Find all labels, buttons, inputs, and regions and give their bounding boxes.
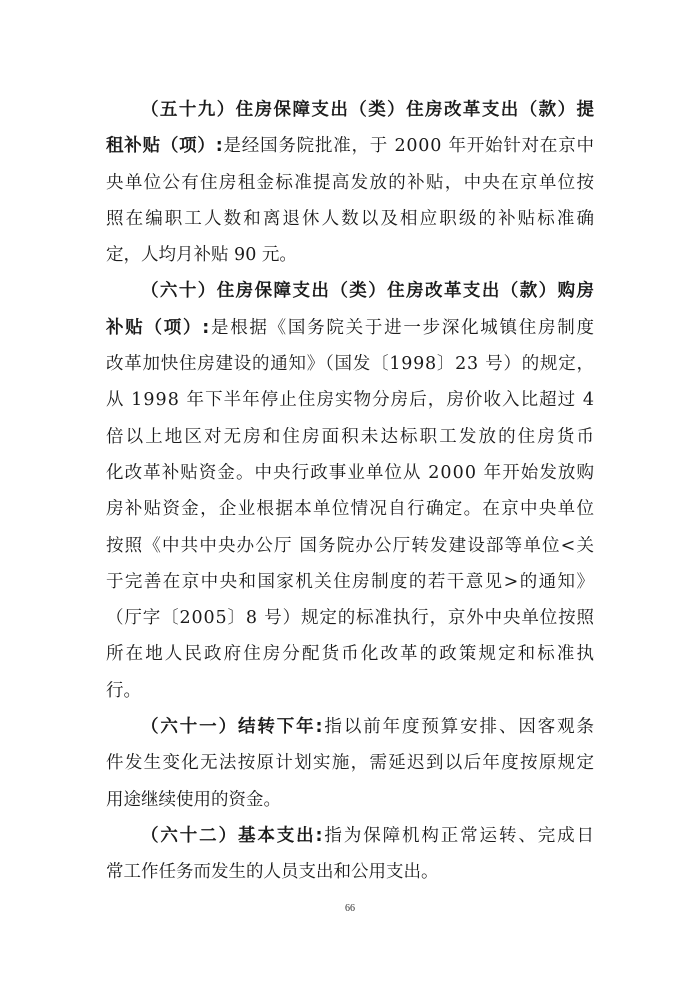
paragraph-text: 指为保障机构正常运转、完成日 (324, 818, 595, 854)
paragraph-text: 所在地人民政府住房分配货币化改革的政策规定和标准执 (106, 636, 596, 672)
paragraph-text: 指以前年度预算安排、因客观条 (324, 709, 595, 745)
paragraph-text: 常工作任务而发生的人员支出和公用支出。 (106, 854, 439, 890)
document-page: （五十九）住房保障支出（类）住房改革支出（款）提 租补贴（项）: 是经国务院批准… (0, 0, 700, 989)
paragraph-text: 是经国务院批准，于 2000 年开始针对在京中 (224, 128, 595, 164)
paragraph-heading: （五十九）住房保障支出（类）住房改革支出（款）提 (141, 92, 595, 128)
paragraph-heading: （六十二）基本支出: (141, 818, 324, 854)
paragraph-text: 改革加快住房建设的通知》（国发〔1998〕23 号）的规定， (106, 346, 595, 382)
document-body: （五十九）住房保障支出（类）住房改革支出（款）提 租补贴（项）: 是经国务院批准… (106, 92, 594, 891)
text-line: 行。 (106, 673, 594, 709)
paragraph-item-62: （六十二）基本支出: 指为保障机构正常运转、完成日 常工作任务而发生的人员支出和… (106, 818, 594, 891)
paragraph-heading: （六十）住房保障支出（类）住房改革支出（款）购房 (141, 273, 595, 309)
paragraph-text: 从 1998 年下半年停止住房实物分房后，房价收入比超过 4 (106, 382, 595, 418)
text-line: 租补贴（项）: 是经国务院批准，于 2000 年开始针对在京中 (106, 128, 594, 164)
paragraph-text: 用途继续使用的资金。 (106, 782, 281, 818)
paragraph-text: 行。 (106, 673, 141, 709)
text-line: （厅字〔2005〕8 号）规定的标准执行，京外中央单位按照 (106, 600, 594, 636)
paragraph-text: 于完善在京中央和国家机关住房制度的若干意见>的通知》 (106, 564, 595, 600)
paragraph-text: 央单位公有住房租金标准提高发放的补贴，中央在京单位按 (106, 165, 595, 201)
page-number: 66 (0, 903, 700, 914)
text-line: 定，人均月补贴 90 元。 (106, 237, 594, 273)
text-line: （六十一）结转下年: 指以前年度预算安排、因客观条 (106, 709, 594, 745)
paragraph-item-59: （五十九）住房保障支出（类）住房改革支出（款）提 租补贴（项）: 是经国务院批准… (106, 92, 594, 273)
paragraph-item-61: （六十一）结转下年: 指以前年度预算安排、因客观条 件发生变化无法按原计划实施，… (106, 709, 594, 818)
text-line: 照在编职工人数和离退休人数以及相应职级的补贴标准确 (106, 201, 594, 237)
text-line: 件发生变化无法按原计划实施，需延迟到以后年度按原规定 (106, 745, 594, 781)
text-line: 房补贴资金，企业根据本单位情况自行确定。在京中央单位 (106, 491, 594, 527)
paragraph-text: 化改革补贴资金。中央行政事业单位从 2000 年开始发放购 (106, 455, 595, 491)
text-line: 央单位公有住房租金标准提高发放的补贴，中央在京单位按 (106, 165, 594, 201)
paragraph-text: 件发生变化无法按原计划实施，需延迟到以后年度按原规定 (106, 745, 595, 781)
text-line: （五十九）住房保障支出（类）住房改革支出（款）提 (106, 92, 594, 128)
text-line: 常工作任务而发生的人员支出和公用支出。 (106, 854, 594, 890)
text-line: 化改革补贴资金。中央行政事业单位从 2000 年开始发放购 (106, 455, 594, 491)
paragraph-text: 倍以上地区对无房和住房面积未达标职工发放的住房货币 (106, 419, 596, 455)
paragraph-text: 房补贴资金，企业根据本单位情况自行确定。在京中央单位 (106, 491, 595, 527)
text-line: 补贴（项）: 是根据《国务院关于进一步深化城镇住房制度 (106, 310, 594, 346)
paragraph-heading: （六十一）结转下年: (141, 709, 324, 745)
paragraph-heading: 补贴（项）: (106, 310, 211, 346)
text-line: 所在地人民政府住房分配货币化改革的政策规定和标准执 (106, 636, 594, 672)
paragraph-item-60: （六十）住房保障支出（类）住房改革支出（款）购房 补贴（项）: 是根据《国务院关… (106, 273, 594, 709)
paragraph-text: 按照《中共中央办公厅 国务院办公厅转发建设部等单位<关 (106, 528, 595, 564)
text-line: （六十二）基本支出: 指为保障机构正常运转、完成日 (106, 818, 594, 854)
paragraph-text: 是根据《国务院关于进一步深化城镇住房制度 (211, 310, 596, 346)
text-line: 倍以上地区对无房和住房面积未达标职工发放的住房货币 (106, 419, 594, 455)
paragraph-text: （厅字〔2005〕8 号）规定的标准执行，京外中央单位按照 (106, 600, 595, 636)
text-line: 从 1998 年下半年停止住房实物分房后，房价收入比超过 4 (106, 382, 594, 418)
text-line: 用途继续使用的资金。 (106, 782, 594, 818)
paragraph-text: 定，人均月补贴 90 元。 (106, 237, 297, 273)
paragraph-text: 照在编职工人数和离退休人数以及相应职级的补贴标准确 (106, 201, 596, 237)
text-line: （六十）住房保障支出（类）住房改革支出（款）购房 (106, 273, 594, 309)
text-line: 改革加快住房建设的通知》（国发〔1998〕23 号）的规定， (106, 346, 594, 382)
text-line: 于完善在京中央和国家机关住房制度的若干意见>的通知》 (106, 564, 594, 600)
text-line: 按照《中共中央办公厅 国务院办公厅转发建设部等单位<关 (106, 528, 594, 564)
paragraph-heading: 租补贴（项）: (106, 128, 224, 164)
